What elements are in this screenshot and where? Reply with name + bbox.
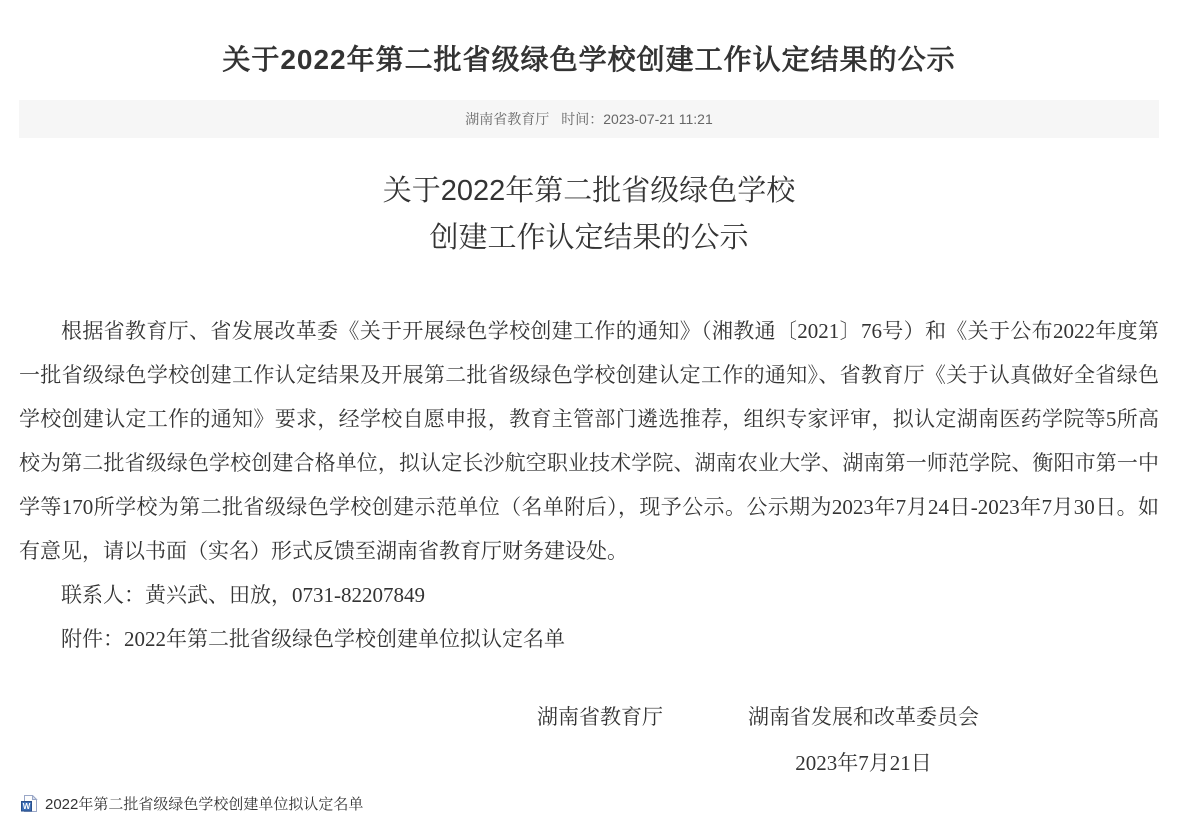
svg-text:W: W [23, 802, 31, 811]
signature-column-2: 湖南省发展和改革委员会 2023年7月21日 [748, 703, 979, 777]
contact-line: 联系人：黄兴武、田放，0731-82207849 [19, 573, 1159, 617]
article-title-line-2: 创建工作认定结果的公示 [429, 222, 748, 254]
article-title: 关于2022年第二批省级绿色学校 创建工作认定结果的公示 [19, 168, 1159, 262]
word-doc-icon: W [21, 795, 38, 812]
article-title-line-1: 关于2022年第二批省级绿色学校 [383, 175, 796, 207]
article-body-paragraph: 根据省教育厅、省发展改革委《关于开展绿色学校创建工作的通知》（湘教通〔2021〕… [19, 309, 1159, 573]
meta-time: 时间：2023-07-21 11:21 [561, 109, 713, 129]
signature-block: 湖南省教育厅 湖南省发展和改革委员会 2023年7月21日 [19, 703, 1159, 777]
signature-org-1: 湖南省教育厅 [537, 703, 663, 777]
attachment-download-link[interactable]: W 2022年第二批省级绿色学校创建单位拟认定名单 [21, 793, 363, 814]
meta-bar: 湖南省教育厅 时间：2023-07-21 11:21 [19, 100, 1159, 138]
meta-source: 湖南省教育厅 [465, 109, 549, 129]
page-container: 关于2022年第二批省级绿色学校创建工作认定结果的公示 湖南省教育厅 时间：20… [19, 38, 1159, 814]
attachment-link-label: 2022年第二批省级绿色学校创建单位拟认定名单 [45, 793, 363, 814]
attachment-note-line: 附件：2022年第二批省级绿色学校创建单位拟认定名单 [19, 617, 1159, 661]
signature-org-2: 湖南省发展和改革委员会 [748, 703, 979, 731]
page-title: 关于2022年第二批省级绿色学校创建工作认定结果的公示 [19, 38, 1159, 78]
article: 关于2022年第二批省级绿色学校 创建工作认定结果的公示 根据省教育厅、省发展改… [19, 168, 1159, 777]
signature-date: 2023年7月21日 [748, 749, 979, 777]
